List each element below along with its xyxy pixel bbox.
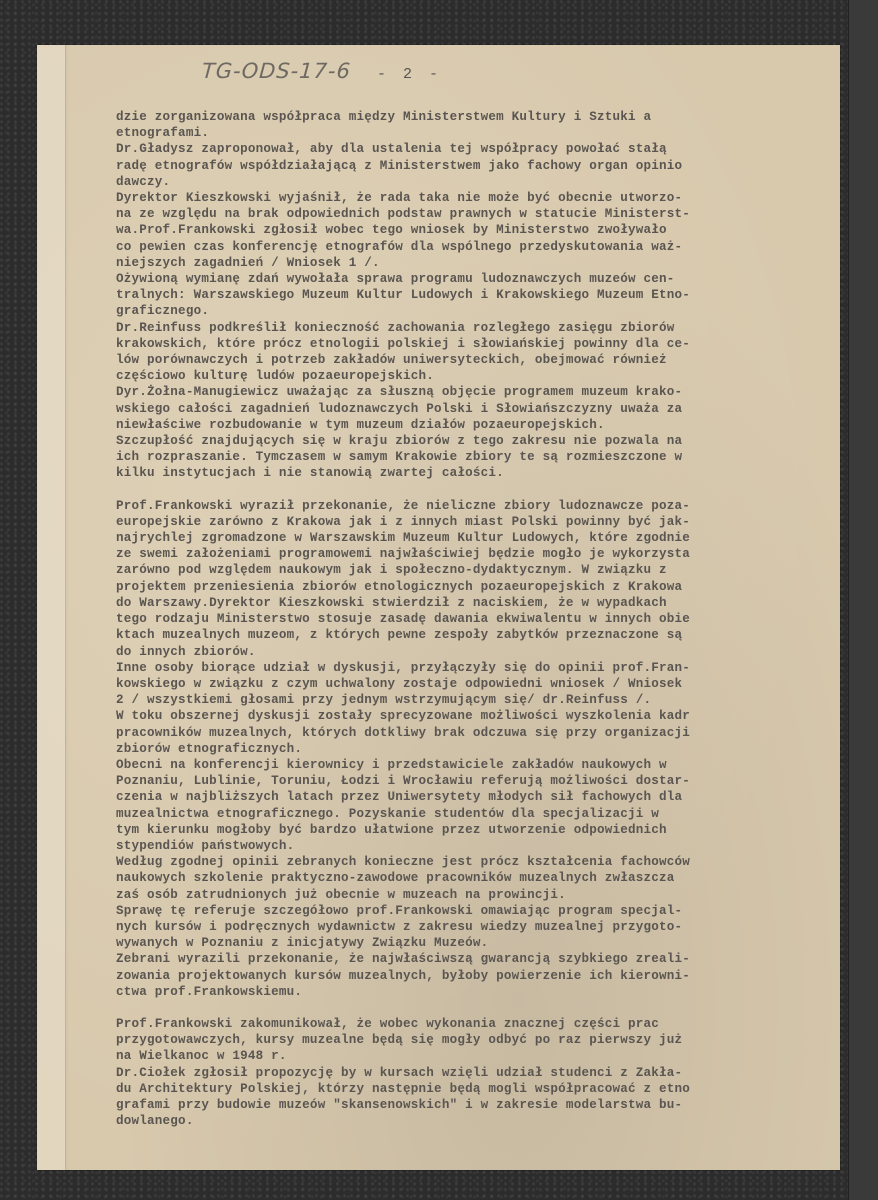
paragraph: dzie zorganizowana współpraca między Min… — [116, 109, 856, 482]
text-line: wskiego całości zagadnień ludoznawczych … — [116, 401, 856, 417]
text-line: tralnych: Warszawskiego Muzeum Kultur Lu… — [116, 287, 856, 303]
text-line: Według zgodnej opinii zebranych konieczn… — [116, 854, 856, 870]
page-header: TG-ODS-17-6 - 2 - — [202, 59, 442, 89]
text-line: na Wielkanoc w 1948 r. — [116, 1048, 856, 1064]
text-line: zarówno pod względem naukowym jak i społ… — [116, 562, 856, 578]
text-line: stypendiów państwowych. — [116, 838, 856, 854]
text-line: kowskiego w związku z czym uchwalony zos… — [116, 676, 856, 692]
text-line: co pewien czas konferencję etnografów dl… — [116, 239, 856, 255]
page-number: - 2 - — [377, 66, 442, 83]
paragraph: Prof.Frankowski wyraził przekonanie, że … — [116, 498, 856, 1000]
text-line: dzie zorganizowana współpraca między Min… — [116, 109, 856, 125]
text-line: du Architektury Polskiej, którzy następn… — [116, 1081, 856, 1097]
document-page: TG-ODS-17-6 - 2 - dzie zorganizowana wsp… — [37, 45, 840, 1170]
text-line: graficznego. — [116, 303, 856, 319]
text-line: Zebrani wyrazili przekonanie, że najwłaś… — [116, 951, 856, 967]
text-line: Prof.Frankowski wyraził przekonanie, że … — [116, 498, 856, 514]
text-line: Szczupłość znajdujących się w kraju zbio… — [116, 433, 856, 449]
typewritten-body: dzie zorganizowana współpraca między Min… — [116, 109, 856, 1129]
text-line: do innych zbiorów. — [116, 644, 856, 660]
text-line: czenia w najbliższych latach przez Uniwe… — [116, 789, 856, 805]
text-line: zaś osób zatrudnionych już obecnie w muz… — [116, 887, 856, 903]
text-line: ctwa prof.Frankowskiemu. — [116, 984, 856, 1000]
text-line: częściowo kulturę ludów pozaeuropejskich… — [116, 368, 856, 384]
text-line: grafami przy budowie muzeów "skansenowsk… — [116, 1097, 856, 1113]
text-line: 2 / wszystkiemi głosami przy jednym wstr… — [116, 692, 856, 708]
text-line: etnografami. — [116, 125, 856, 141]
text-line: przygotowawczych, kursy muzealne będą si… — [116, 1032, 856, 1048]
paragraph: Prof.Frankowski zakomunikował, że wobec … — [116, 1016, 856, 1129]
text-line: ktach muzealnych muzeom, z których pewne… — [116, 627, 856, 643]
text-line: wywanych w Poznaniu z inicjatywy Związku… — [116, 935, 856, 951]
text-line: Dyrektor Kieszkowski wyjaśnił, że rada t… — [116, 190, 856, 206]
text-line: naukowych szkolenie praktyczno-zawodowe … — [116, 870, 856, 886]
text-line: Inne osoby biorące udział w dyskusji, pr… — [116, 660, 856, 676]
text-line: tego rodzaju Ministerstwo stosuje zasadę… — [116, 611, 856, 627]
text-line: Sprawę tę referuje szczegółowo prof.Fran… — [116, 903, 856, 919]
text-line: Obecni na konferencji kierownicy i przed… — [116, 757, 856, 773]
text-line: kilku instytucjach i nie stanowią zwarte… — [116, 465, 856, 481]
text-line: Dr.Ciołek zgłosił propozycję by w kursac… — [116, 1065, 856, 1081]
text-line: Dyr.Żołna-Manugiewicz uważając za słuszn… — [116, 384, 856, 400]
text-line: radę etnografów współdziałającą z Minist… — [116, 158, 856, 174]
text-line: Poznaniu, Lublinie, Toruniu, Łodzi i Wro… — [116, 773, 856, 789]
text-line: do Warszawy.Dyrektor Kieszkowski stwierd… — [116, 595, 856, 611]
text-line: Dr.Reinfuss podkreślił konieczność zacho… — [116, 320, 856, 336]
text-line: wa.Prof.Frankowski zgłosił wobec tego wn… — [116, 222, 856, 238]
text-line: dawczy. — [116, 174, 856, 190]
text-line: W toku obszernej dyskusji zostały sprecy… — [116, 708, 856, 724]
text-line: Dr.Gładysz zaproponował, aby dla ustalen… — [116, 141, 856, 157]
text-line: dowlanego. — [116, 1113, 856, 1129]
text-line: niewłaściwe rozbudowanie w tym muzeum dz… — [116, 417, 856, 433]
text-line: nych kursów i podręcznych wydawnictw z z… — [116, 919, 856, 935]
text-line: ich rozpraszanie. Tymczasem w samym Krak… — [116, 449, 856, 465]
text-line: zbiorów etnograficznych. — [116, 741, 856, 757]
text-line: tym kierunku mogłoby być bardzo ułatwion… — [116, 822, 856, 838]
text-line: pracowników muzealnych, których dotkliwy… — [116, 725, 856, 741]
text-line: lów porównawczych i potrzeb zakładów uni… — [116, 352, 856, 368]
text-line: na ze względu na brak odpowiednich podst… — [116, 206, 856, 222]
paragraph-gap — [116, 1000, 856, 1016]
text-line: Prof.Frankowski zakomunikował, że wobec … — [116, 1016, 856, 1032]
text-line: Ożywioną wymianę zdań wywołała sprawa pr… — [116, 271, 856, 287]
text-line: ze swemi założeniami programowemi najwła… — [116, 546, 856, 562]
text-line: muzealnictwa etnograficznego. Pozyskanie… — [116, 806, 856, 822]
text-line: najrychlej zgromadzone w Warszawskim Muz… — [116, 530, 856, 546]
folded-paper-edge — [37, 45, 66, 1170]
text-line: zowania projektowanych kursów muzealnych… — [116, 968, 856, 984]
text-line: niejszych zagadnień / Wniosek 1 /. — [116, 255, 856, 271]
archive-signature: TG-ODS-17-6 — [201, 59, 352, 83]
text-line: europejskie zarówno z Krakowa jak i z in… — [116, 514, 856, 530]
paragraph-gap — [116, 482, 856, 498]
text-line: projektem przeniesienia zbiorów etnologi… — [116, 579, 856, 595]
text-line: krakowskich, które prócz etnologii polsk… — [116, 336, 856, 352]
